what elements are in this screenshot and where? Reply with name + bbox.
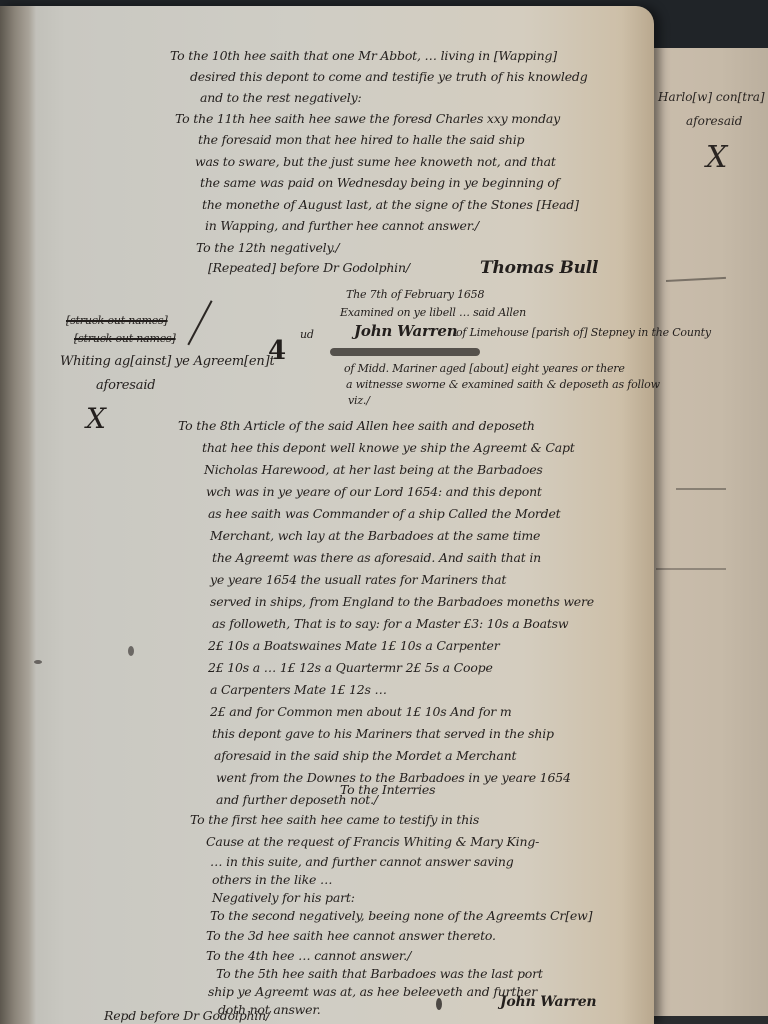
text-line: To the 8th Article of the said Allen hee… bbox=[178, 418, 535, 433]
signature-john-warren: John Warren bbox=[500, 994, 596, 1010]
text-line: a Carpenters Mate 1£ 12s … bbox=[210, 682, 387, 697]
margin-note: aforesaid bbox=[96, 378, 155, 393]
text-line: the same was paid on Wednesday being in … bbox=[200, 175, 559, 190]
ink-blot bbox=[34, 660, 42, 664]
text-line: others in the like … bbox=[212, 872, 332, 887]
text-line: aforesaid in the said ship the Mordet a … bbox=[214, 748, 516, 763]
text-line: that hee this depont well knowe ye ship … bbox=[202, 440, 575, 455]
text-line: To the 5th hee saith that Barbadoes was … bbox=[216, 966, 543, 981]
faded-ink-stroke bbox=[656, 568, 726, 570]
faded-ink-stroke bbox=[666, 277, 726, 282]
witness-name: John Warren bbox=[354, 322, 457, 340]
date-line: The 7th of February 1658 bbox=[346, 288, 484, 301]
text-line: To the 10th hee saith that one Mr Abbot,… bbox=[170, 48, 557, 63]
text-line: To the 11th hee saith hee sawe the fores… bbox=[175, 111, 560, 126]
text-line: the monethe of August last, at the signe… bbox=[202, 197, 579, 212]
jurat-line: Repd before Dr Godolphin/ bbox=[104, 1008, 270, 1023]
ink-blot bbox=[128, 646, 134, 656]
witness-header-line: of Midd. Mariner aged [about] eight year… bbox=[344, 362, 625, 375]
text-line: served in ships, from England to the Bar… bbox=[210, 594, 594, 609]
text-line: 2£ 10s a Boatswaines Mate 1£ 10s a Carpe… bbox=[208, 638, 499, 653]
text-line: 2£ 10s a … 1£ 12s a Quartermr 2£ 5s a Co… bbox=[208, 660, 493, 675]
margin-struck-text: [struck-out names] bbox=[66, 314, 168, 327]
witness-number: 4 bbox=[268, 336, 286, 366]
text-line: and to the rest negatively: bbox=[200, 90, 361, 105]
witness-header-line: of Limehouse [parish of] Stepney in the … bbox=[456, 326, 711, 339]
text-line: wch was in ye yeare of our Lord 1654: an… bbox=[206, 484, 542, 499]
jurat-line: [Repeated] before Dr Godolphin/ bbox=[208, 260, 410, 275]
text-line: To the second negatively, beeing none of… bbox=[210, 908, 592, 923]
text-line: Merchant, wch lay at the Barbadoes at th… bbox=[210, 528, 540, 543]
margin-note: Whiting ag[ainst] ye Agreem[en]t bbox=[60, 354, 274, 369]
text-line: ye yeare 1654 the usuall rates for Marin… bbox=[210, 572, 506, 587]
facing-page-line: Harlo[w] con[tra] bbox=[658, 90, 765, 104]
witness-header-line: a witnesse sworne & examined saith & dep… bbox=[346, 378, 660, 391]
text-line: To the 4th hee … cannot answer./ bbox=[206, 948, 411, 963]
text-line: the Agreemt was there as aforesaid. And … bbox=[212, 550, 541, 565]
facing-page: Harlo[w] con[tra] aforesaid X bbox=[636, 48, 768, 1016]
text-line: Negatively for his part: bbox=[212, 890, 355, 905]
text-line: Nicholas Harewood, at her last being at … bbox=[204, 462, 543, 477]
examined-line: Examined on ye libell … said Allen bbox=[340, 306, 526, 319]
text-line: ship ye Agreemt was at, as hee beleeveth… bbox=[208, 984, 537, 999]
text-line: this depont gave to his Mariners that se… bbox=[212, 726, 554, 741]
book-spine bbox=[0, 6, 36, 1024]
margin-struck-text: [struck-out names] bbox=[74, 332, 176, 345]
interrogatories-heading: To the Interries bbox=[340, 782, 435, 797]
text-line: in Wapping, and further hee cannot answe… bbox=[205, 218, 479, 233]
ink-strikeout bbox=[330, 348, 480, 356]
text-line: To the 12th negatively./ bbox=[196, 240, 339, 255]
text-line: Cause at the request of Francis Whiting … bbox=[206, 834, 539, 849]
text-line: was to sware, but the just sume hee know… bbox=[195, 154, 556, 169]
text-line: desired this depont to come and testifie… bbox=[190, 69, 588, 84]
text-line: To the 3d hee saith hee cannot answer th… bbox=[206, 928, 496, 943]
ink-blot bbox=[436, 998, 442, 1010]
witness-header-line: viz./ bbox=[348, 394, 370, 407]
text-line: as followeth, That is to say: for a Mast… bbox=[212, 616, 568, 631]
manuscript-page: To the 10th hee saith that one Mr Abbot,… bbox=[0, 6, 654, 1024]
text-line: the foresaid mon that hee hired to halle… bbox=[198, 132, 524, 147]
margin-bracket-stroke bbox=[187, 300, 212, 345]
facing-page-line: aforesaid bbox=[686, 114, 743, 128]
faded-ink-stroke bbox=[676, 488, 726, 490]
margin-mark: X bbox=[86, 402, 106, 435]
text-line: To the first hee saith hee came to testi… bbox=[190, 812, 479, 827]
witness-number-suffix: ud bbox=[300, 328, 314, 341]
signature-thomas-bull: Thomas Bull bbox=[480, 258, 598, 278]
text-line: … in this suite, and further cannot answ… bbox=[210, 854, 514, 869]
text-line: as hee saith was Commander of a ship Cal… bbox=[208, 506, 561, 521]
text-line: 2£ and for Common men about 1£ 10s And f… bbox=[210, 704, 512, 719]
facing-page-mark: X bbox=[706, 140, 727, 175]
